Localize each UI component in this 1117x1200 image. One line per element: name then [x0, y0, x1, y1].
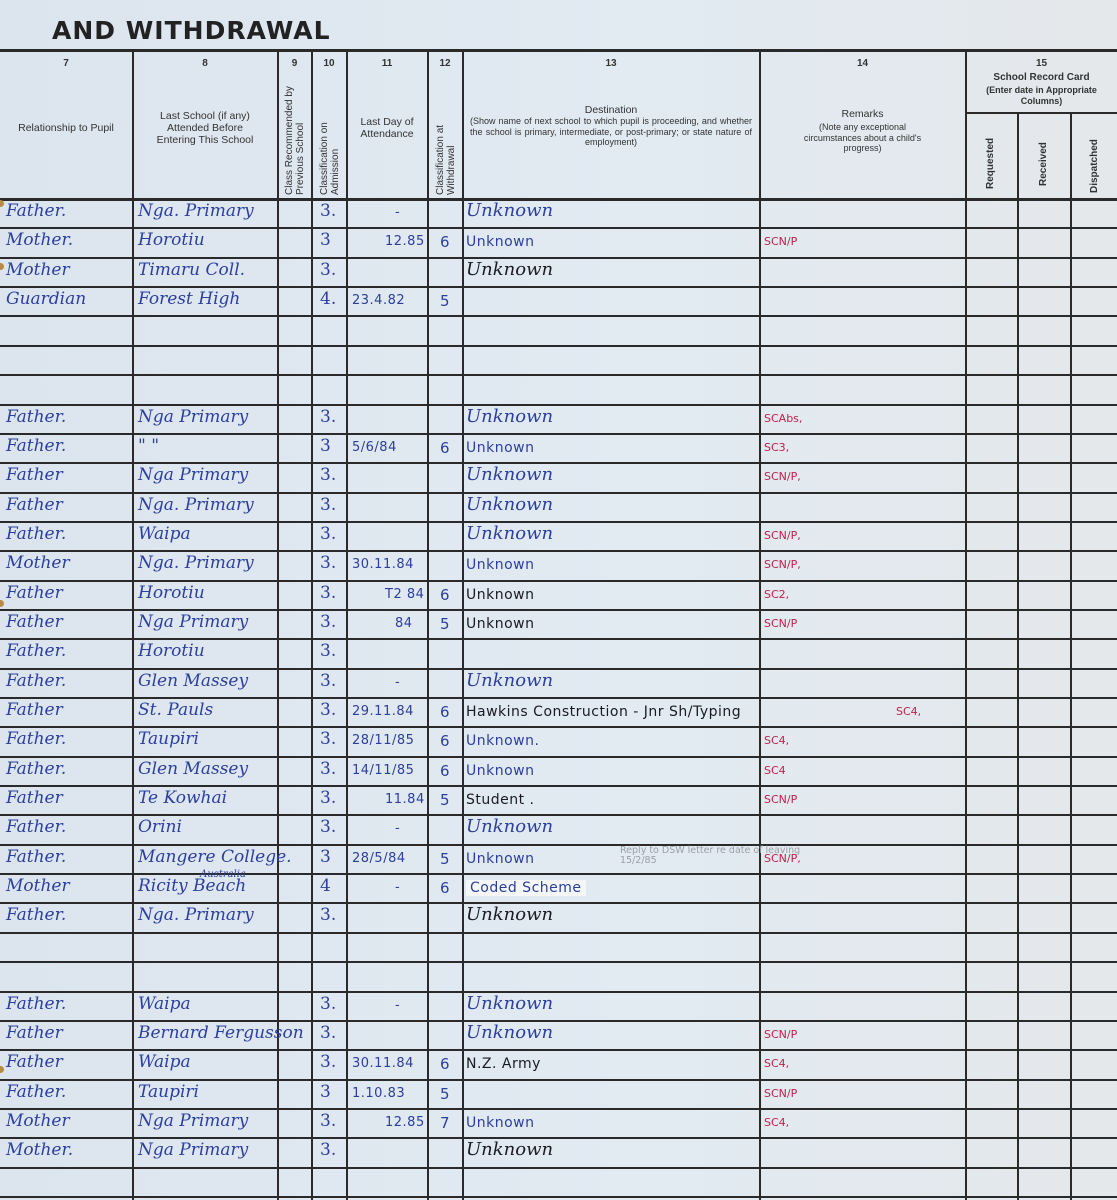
cell-relationship: Father.	[6, 671, 66, 691]
col7-number: 7	[0, 58, 132, 69]
cell-last-day: -	[395, 998, 400, 1013]
cell-relationship: Father.	[6, 759, 66, 779]
cell-relationship: Father	[6, 700, 63, 720]
table-row: FatherTe Kowhai3.11.845Student .SCN/P	[0, 785, 1117, 814]
cell-relationship: Father.	[6, 641, 66, 661]
col14-label: Remarks	[760, 108, 965, 120]
cell-last-school: Nga Primary	[138, 1111, 248, 1131]
cell-relationship: Father.	[6, 201, 66, 221]
table-row: FatherWaipa3.30.11.846N.Z. ArmySC4,	[0, 1049, 1117, 1078]
cell-class-adm: 3.	[320, 905, 336, 925]
cell-class-adm: 3.	[320, 817, 336, 837]
table-row	[0, 961, 1117, 990]
cell-destination: Unknown	[466, 993, 553, 1014]
cell-last-day: 29.11.84	[352, 704, 414, 719]
cell-relationship: Father	[6, 465, 63, 485]
cell-class-wd: 6	[440, 732, 450, 750]
cell-remarks: SC4,	[764, 1116, 789, 1129]
col11-label: Last Day of Attendance	[355, 116, 419, 140]
cell-class-wd: 5	[440, 791, 450, 809]
col12-label: Classification at Withdrawal	[435, 115, 457, 195]
cell-class-adm: 3.	[320, 641, 336, 661]
cell-remarks: SCN/P,	[764, 470, 801, 483]
table-row: MotherNga Primary3.12.857UnknownSC4,	[0, 1108, 1117, 1137]
cell-remarks: SC2,	[764, 588, 789, 601]
cell-relationship: Mother	[6, 260, 70, 280]
table-row: Father." "35/6/846UnknownSC3,	[0, 433, 1117, 462]
cell-relationship: Father	[6, 1052, 63, 1072]
cell-destination: N.Z. Army	[466, 1056, 541, 1072]
table-row: MotherNga. Primary3.30.11.84UnknownSCN/P…	[0, 550, 1117, 579]
cell-class-wd: 6	[440, 586, 450, 604]
cell-last-school: Waipa	[138, 524, 191, 544]
cell-destination: Unknown	[466, 904, 553, 925]
table-row: FatherBernard Fergusson3.UnknownSCN/P	[0, 1020, 1117, 1049]
cell-last-school: Te Kowhai	[138, 788, 227, 808]
cell-class-wd: 6	[440, 762, 450, 780]
cell-class-adm: 3.	[320, 583, 336, 603]
cell-last-day: -	[395, 675, 400, 690]
cell-class-adm: 3.	[320, 612, 336, 632]
cell-remarks: SC4,	[764, 1057, 789, 1070]
cell-last-day: 12.85	[385, 234, 425, 249]
cell-class-adm: 3	[320, 436, 331, 456]
cell-relationship: Father	[6, 1023, 63, 1043]
cell-destination: Unknown	[466, 670, 553, 691]
cell-last-school: Nga Primary	[138, 1140, 248, 1160]
cell-destination: Unknown	[466, 1022, 553, 1043]
cell-last-school: Glen Massey	[138, 759, 248, 779]
cell-last-day: 30.11.84	[352, 557, 414, 572]
cell-last-day: 11.84	[385, 792, 425, 807]
cell-destination: Unknown	[466, 816, 553, 837]
cell-last-day: 12.85	[385, 1115, 425, 1130]
cell-last-school: Timaru Coll.	[138, 260, 245, 280]
col15-requested-label: Requested	[985, 138, 996, 189]
table-row: FatherNga. Primary3.Unknown	[0, 492, 1117, 521]
cell-relationship: Father	[6, 788, 63, 808]
col15-subheader-rule	[966, 112, 1117, 114]
cell-relationship: Father.	[6, 1082, 66, 1102]
cell-destination: Unknown	[466, 851, 535, 867]
cell-relationship: Mother.	[6, 230, 73, 250]
cell-destination: Unknown	[466, 1139, 553, 1160]
table-row: FatherNga Primary3.UnknownSCN/P,	[0, 462, 1117, 491]
table-row: Father.Glen Massey3.14/11/856UnknownSC4	[0, 756, 1117, 785]
cell-class-wd: 6	[440, 233, 450, 251]
cell-class-adm: 4.	[320, 289, 336, 309]
cell-class-wd: 6	[440, 879, 450, 897]
cell-destination: Unknown.	[466, 733, 539, 749]
cell-destination: Unknown	[466, 200, 553, 221]
cell-last-school: Horotiu	[138, 583, 205, 603]
cell-relationship: Mother	[6, 876, 70, 896]
cell-relationship: Father.	[6, 905, 66, 925]
table-row: Mother.Nga Primary3.Unknown	[0, 1137, 1117, 1166]
table-row	[0, 315, 1117, 344]
cell-class-adm: 3.	[320, 1023, 336, 1043]
cell-relationship: Father.	[6, 407, 66, 427]
table-row: Mother.Horotiu312.856UnknownSCN/P	[0, 227, 1117, 256]
col13-number: 13	[463, 58, 759, 69]
cell-last-school: St. Pauls	[138, 700, 213, 720]
col10-number: 10	[312, 58, 346, 69]
cell-last-day: T2 84	[385, 587, 424, 602]
cell-remarks: SCAbs,	[764, 412, 802, 425]
cell-last-school: Glen Massey	[138, 671, 248, 691]
cell-class-adm: 3.	[320, 553, 336, 573]
col13-sublabel: (Show name of next school to which pupil…	[470, 116, 752, 148]
cell-class-adm: 3.	[320, 524, 336, 544]
cell-destination: Hawkins Construction - Jnr Sh/Typing	[466, 704, 741, 720]
cell-last-day: 28/5/84	[352, 851, 406, 866]
cell-class-adm: 3.	[320, 1140, 336, 1160]
cell-last-day: 30.11.84	[352, 1056, 414, 1071]
cell-destination: Unknown	[466, 523, 553, 544]
col15-dispatched-label: Dispatched	[1089, 139, 1100, 193]
cell-class-wd: 6	[440, 1055, 450, 1073]
cell-class-wd: 5	[440, 615, 450, 633]
table-row: Father.Nga. Primary3.-Unknown	[0, 198, 1117, 227]
cell-last-school: Bernard Fergusson	[138, 1023, 304, 1043]
cell-relationship: Father.	[6, 994, 66, 1014]
cell-class-wd: 5	[440, 1085, 450, 1103]
cell-relationship: Father	[6, 583, 63, 603]
cell-last-day: -	[395, 205, 400, 220]
cell-last-school: " "	[138, 436, 159, 456]
cell-last-day: 1.10.83	[352, 1086, 405, 1101]
cell-class-adm: 4	[320, 876, 331, 896]
cell-class-adm: 3.	[320, 700, 336, 720]
cell-last-school: Nga. Primary	[138, 553, 254, 573]
table-row: MotherRicity BeachAustralia4-6Coded Sche…	[0, 873, 1117, 902]
cell-class-wd: 7	[440, 1114, 450, 1132]
cell-remarks: SC4	[764, 764, 786, 777]
cell-destination: Coded Scheme	[466, 880, 586, 896]
cell-class-wd: 5	[440, 292, 450, 310]
cell-class-wd: 6	[440, 703, 450, 721]
cell-last-school: Nga. Primary	[138, 905, 254, 925]
col7-label: Relationship to Pupil	[18, 122, 114, 134]
cell-remarks: SCN/P	[764, 1087, 797, 1100]
cell-class-wd: 6	[440, 439, 450, 457]
register-table: 7 Relationship to Pupil 8 Last School (i…	[0, 52, 1117, 1200]
cell-relationship: Father.	[6, 524, 66, 544]
cell-relationship: Mother	[6, 553, 70, 573]
cell-class-adm: 3	[320, 230, 331, 250]
cell-last-day: 5/6/84	[352, 440, 397, 455]
col9-label: Class Recommended by Previous School	[284, 85, 306, 195]
cell-relationship: Guardian	[6, 289, 86, 309]
cell-destination: Student .	[466, 792, 535, 808]
cell-last-day: 23.4.82	[352, 293, 405, 308]
cell-last-school: Nga Primary	[138, 407, 248, 427]
cell-last-day: 84	[395, 616, 413, 631]
cell-relationship: Father.	[6, 847, 66, 867]
table-row: Father.Waipa3.UnknownSCN/P,	[0, 521, 1117, 550]
table-row: FatherNga Primary3.845UnknownSCN/P	[0, 609, 1117, 638]
cell-remarks: SCN/P	[764, 1028, 797, 1041]
table-row: Father.Horotiu3.	[0, 638, 1117, 667]
cell-relationship: Father.	[6, 436, 66, 456]
cell-last-day: -	[395, 821, 400, 836]
table-row: Father.Taupiri3.28/11/856Unknown.SC4,	[0, 726, 1117, 755]
cell-class-adm: 3	[320, 1082, 331, 1102]
col10-label: Classification on Admission	[319, 105, 341, 195]
cell-class-adm: 3.	[320, 671, 336, 691]
col14-sublabel: (Note any exceptional circumstances abou…	[790, 122, 935, 154]
cell-last-school: Waipa	[138, 994, 191, 1014]
col15-sublabel: (Enter date in Appropriate Columns)	[980, 85, 1103, 106]
cell-last-school: Taupiri	[138, 729, 199, 749]
col13-label: Destination	[463, 104, 759, 116]
col11-number: 11	[347, 58, 427, 69]
table-row: FatherHorotiu3.T2 846UnknownSC2,	[0, 580, 1117, 609]
cell-destination: Unknown	[466, 763, 535, 779]
cell-destination: Unknown	[466, 616, 535, 632]
cell-destination: Unknown	[466, 494, 553, 515]
col9-number: 9	[278, 58, 311, 69]
col8-number: 8	[133, 58, 277, 69]
cell-class-adm: 3.	[320, 788, 336, 808]
col15-number: 15	[966, 58, 1117, 69]
table-row	[0, 374, 1117, 403]
cell-class-adm: 3.	[320, 201, 336, 221]
cell-last-school: Waipa	[138, 1052, 191, 1072]
cell-last-school: Nga Primary	[138, 465, 248, 485]
table-row: Father.Nga. Primary3.Unknown	[0, 902, 1117, 931]
cell-class-adm: 3.	[320, 1052, 336, 1072]
col15-received-label: Received	[1038, 142, 1049, 186]
cell-remarks: SC4,	[764, 734, 789, 747]
cell-last-school: Horotiu	[138, 230, 205, 250]
col15-label: School Record Card	[966, 72, 1117, 84]
cell-last-day: 14/11/85	[352, 763, 414, 778]
cell-class-adm: 3.	[320, 260, 336, 280]
cell-remarks: SC4,	[896, 705, 921, 718]
cell-relationship: Father.	[6, 817, 66, 837]
cell-relationship: Mother.	[6, 1140, 73, 1160]
table-row: Father.Mangere College.328/5/845UnknownR…	[0, 844, 1117, 873]
table-row: MotherTimaru Coll.3.Unknown	[0, 257, 1117, 286]
cell-last-school: Mangere College.	[138, 847, 292, 867]
cell-remarks: SC3,	[764, 441, 789, 454]
table-row: Father.Glen Massey3.-Unknown	[0, 668, 1117, 697]
col8-label: Last School (if any) Attended Before Ent…	[150, 110, 260, 146]
cell-relationship: Father	[6, 495, 63, 515]
cell-remarks: SCN/P,	[764, 558, 801, 571]
cell-last-day: 28/11/85	[352, 733, 414, 748]
page-title: AND WITHDRAWAL	[52, 16, 331, 45]
cell-remarks: SCN/P	[764, 617, 797, 630]
cell-destination: Unknown	[466, 406, 553, 427]
cell-relationship: Father	[6, 612, 63, 632]
cell-last-school: Forest High	[138, 289, 240, 309]
cell-class-adm: 3.	[320, 994, 336, 1014]
cell-last-school-note: Australia	[200, 869, 246, 880]
cell-last-day: -	[395, 880, 400, 895]
table-row	[0, 345, 1117, 374]
cell-class-wd: 5	[440, 850, 450, 868]
cell-remarks: SCN/P,	[764, 529, 801, 542]
cell-last-school: Nga Primary	[138, 612, 248, 632]
cell-destination: Unknown	[466, 587, 535, 603]
table-row	[0, 932, 1117, 961]
row-rule	[0, 1196, 1117, 1198]
cell-class-adm: 3.	[320, 729, 336, 749]
cell-class-adm: 3.	[320, 1111, 336, 1131]
cell-destination: Unknown	[466, 440, 535, 456]
table-row: Father.Nga Primary3.UnknownSCAbs,	[0, 404, 1117, 433]
register-page: AND WITHDRAWAL 7 Relationship to Pupil 8…	[0, 0, 1117, 1200]
table-row: FatherSt. Pauls3.29.11.846Hawkins Constr…	[0, 697, 1117, 726]
cell-destination: Unknown	[466, 259, 553, 280]
table-row: Father.Waipa3.-Unknown	[0, 991, 1117, 1020]
col12-number: 12	[428, 58, 462, 69]
cell-class-adm: 3	[320, 847, 331, 867]
cell-last-school: Horotiu	[138, 641, 205, 661]
cell-class-adm: 3.	[320, 465, 336, 485]
cell-last-school: Nga. Primary	[138, 495, 254, 515]
table-row: GuardianForest High4.23.4.825	[0, 286, 1117, 315]
cell-relationship: Mother	[6, 1111, 70, 1131]
cell-last-school: Nga. Primary	[138, 201, 254, 221]
cell-relationship: Father.	[6, 729, 66, 749]
cell-remarks: SCN/P	[764, 235, 797, 248]
table-row: Father.Orini3.-Unknown	[0, 814, 1117, 843]
cell-class-adm: 3.	[320, 407, 336, 427]
cell-destination: Unknown	[466, 1115, 535, 1131]
cell-class-adm: 3.	[320, 759, 336, 779]
cell-destination: Unknown	[466, 464, 553, 485]
cell-destination: Unknown	[466, 557, 535, 573]
col14-number: 14	[760, 58, 965, 69]
cell-class-adm: 3.	[320, 495, 336, 515]
cell-destination: Unknown	[466, 234, 535, 250]
cell-last-school: Taupiri	[138, 1082, 199, 1102]
table-row: Father.Taupiri31.10.835SCN/P	[0, 1079, 1117, 1108]
table-row	[0, 1167, 1117, 1196]
cell-last-school: Orini	[138, 817, 182, 837]
cell-remarks: SCN/P	[764, 793, 797, 806]
cell-remarks: SCN/P,	[764, 852, 801, 865]
